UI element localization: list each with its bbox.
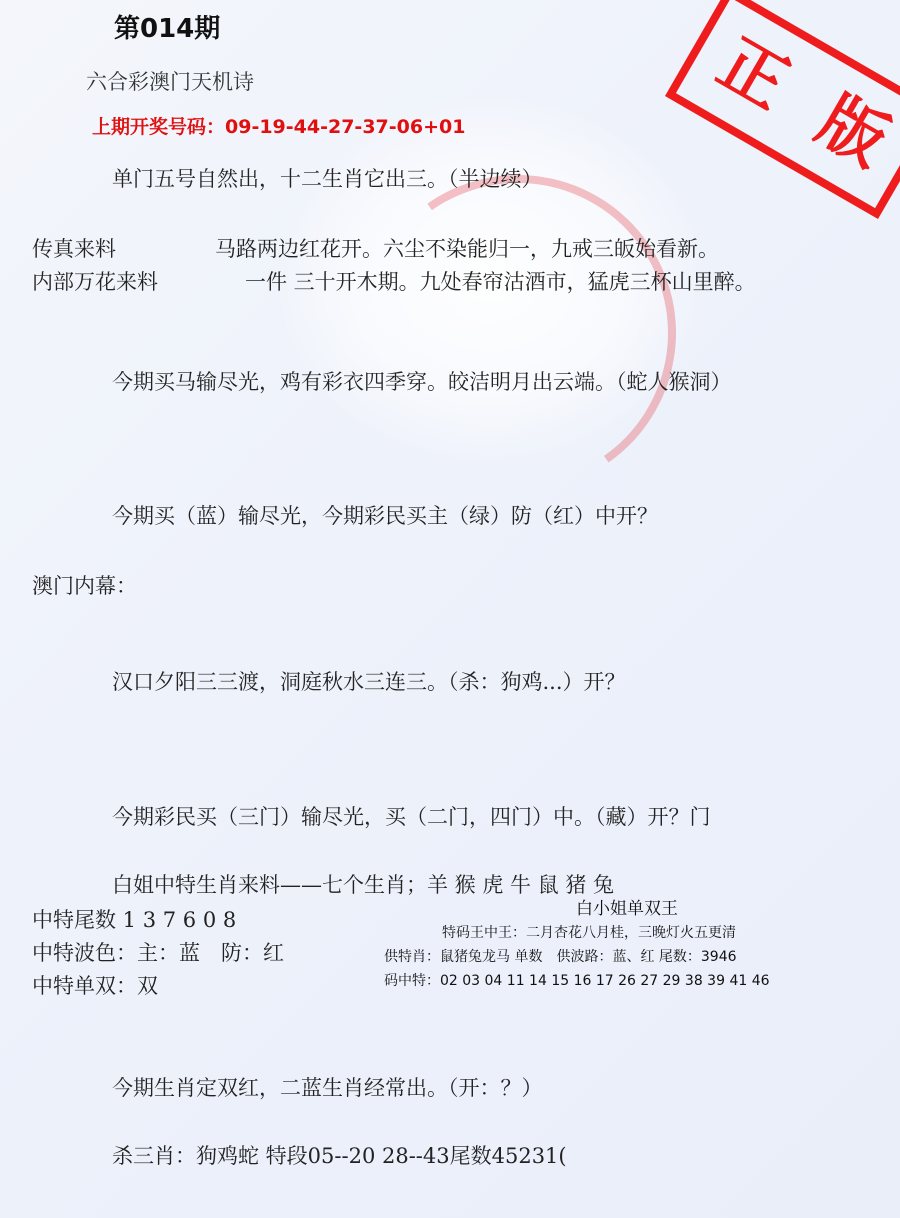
wave-color: 中特波色：主：蓝 防：红 [32,937,284,967]
stamp-char-2: 版 [808,87,898,177]
internal-text: 一件 三十开木期。九处春帘沽酒市，猛虎三杯山里醉。 [245,266,756,296]
poem-line-3: 今期买（蓝）输尽光，今期彩民买主（绿）防（红）中开？ [112,500,658,530]
box-title: 白小姐单双王 [576,894,678,919]
authentic-stamp: 正 版 [665,0,900,219]
tail-numbers: 中特尾数 1 3 7 6 0 8 [32,904,236,934]
fax-label: 传真来料 [32,233,116,263]
macau-inside-heading: 澳门内幕： [32,570,137,600]
poem-line-4: 汉口夕阳三三渡，洞庭秋水三连三。（杀：狗鸡...）开？ [112,666,626,696]
poem-line-5: 今期彩民买（三门）输尽光，买（二门，四门）中。（藏）开？门 [112,801,711,831]
poem-line-1: 单门五号自然出，十二生肖它出三。（半边续） [112,163,543,193]
issue-number: 第014期 [114,8,220,45]
page-subtitle: 六合彩澳门天机诗 [86,66,254,96]
stamp-char-1: 正 [708,29,798,119]
fax-text: 马路两边红花开。六尘不染能归一，九戒三皈始看新。 [215,233,719,263]
kill-three-zodiac: 杀三肖：狗鸡蛇 特段05--20 28--43尾数45231( [112,1140,567,1170]
bai-jie-zodiac: 白姐中特生肖来料——七个生肖；羊 猴 虎 牛 鼠 猪 兔 [112,869,614,899]
internal-label: 内部万花来料 [32,266,158,296]
previous-draw-label: 上期开奖号码： [92,116,225,138]
odd-even: 中特单双：双 [32,970,158,1000]
box-line-3: 码中特：02 03 04 11 14 15 16 17 26 27 29 38 … [384,970,770,990]
poem-line-6: 今期生肖定双红，二蓝生肖经常出。（开：？） [112,1072,543,1102]
box-line-2: 供特肖：鼠猪兔龙马 单数 供波路：蓝、红 尾数：3946 [384,946,737,966]
poem-line-2: 今期买马输尽光，鸡有彩衣四季穿。皎洁明月出云端。（蛇人猴洞） [112,366,732,396]
previous-draw-numbers: 09-19-44-27-37-06+01 [225,116,465,138]
previous-draw: 上期开奖号码：09-19-44-27-37-06+01 [92,112,465,139]
box-line-1: 特码王中王：二月杏花八月桂，三晚灯火五更清 [442,922,736,942]
